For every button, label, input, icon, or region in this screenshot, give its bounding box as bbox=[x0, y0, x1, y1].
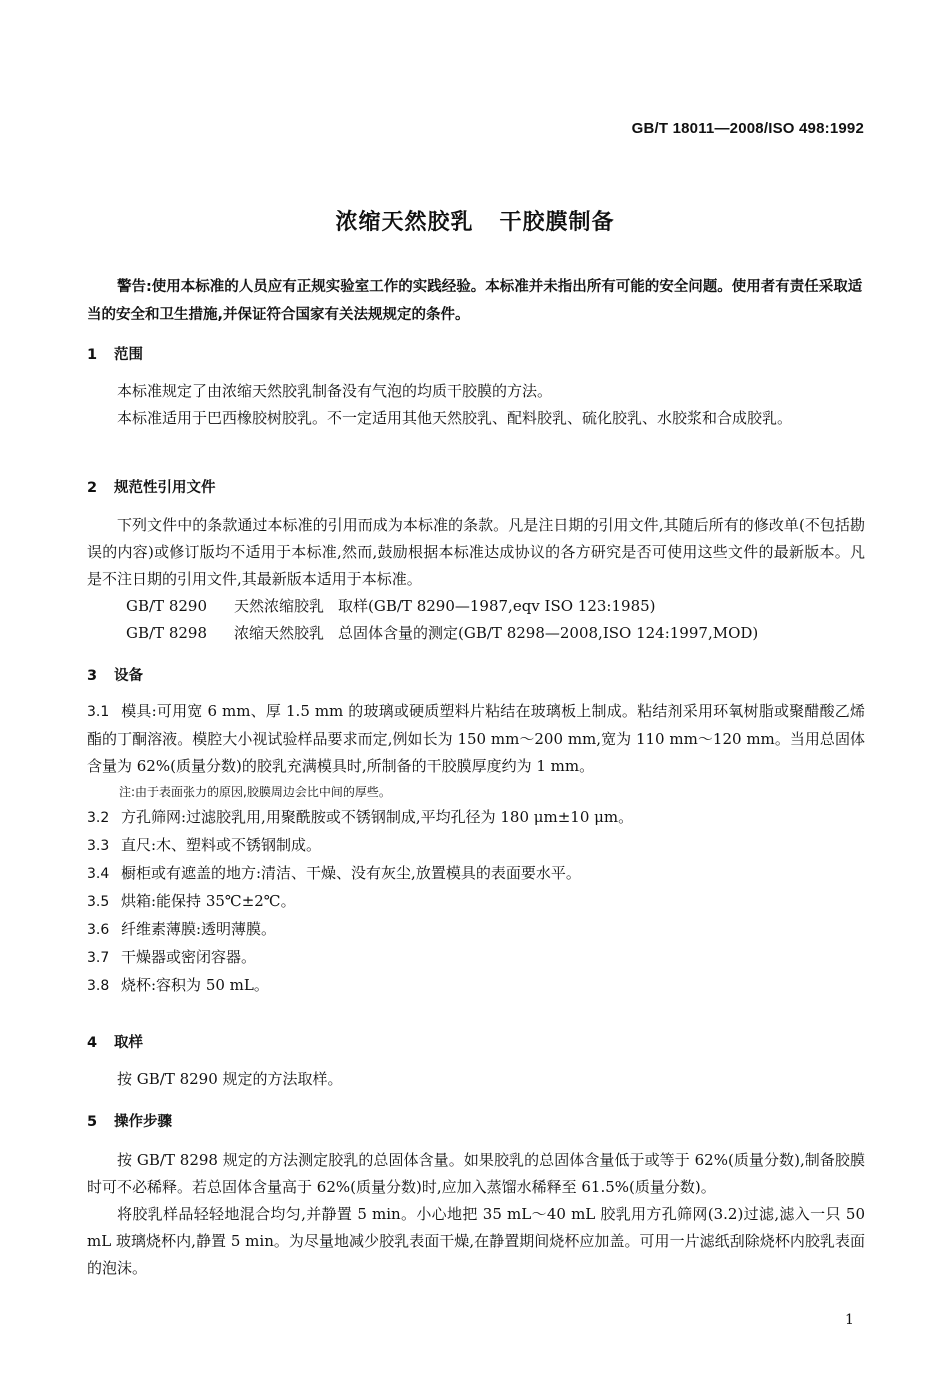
section-title: 范围 bbox=[114, 347, 143, 363]
reference-name: 浓缩天然胶乳 bbox=[234, 620, 324, 647]
item-text: 烧杯:容积为 50 mL。 bbox=[121, 976, 269, 994]
section-5-body: 按 GB/T 8298 规定的方法测定胶乳的总固体含量。如果胶乳的总固体含量低于… bbox=[87, 1147, 865, 1282]
section-2-heading: 2规范性引用文件 bbox=[87, 476, 216, 497]
paragraph: 按 GB/T 8290 规定的方法取样。 bbox=[87, 1066, 865, 1093]
equipment-item: 3.2方孔筛网:过滤胶乳用,用聚酰胺或不锈钢制成,平均孔径为 180 μm±10… bbox=[87, 804, 865, 832]
reference-item: GB/T 8298浓缩天然胶乳总固体含量的测定(GB/T 8298—2008,I… bbox=[87, 620, 865, 647]
title-part-2: 干胶膜制备 bbox=[500, 210, 615, 235]
section-5-heading: 5操作步骤 bbox=[87, 1110, 172, 1131]
item-text: 模具:可用宽 6 mm、厚 1.5 mm 的玻璃或硬质塑料片粘结在玻璃板上制成。… bbox=[87, 702, 865, 775]
reference-code: GB/T 8298 bbox=[126, 620, 234, 647]
reference-desc: 取样(GB/T 8290—1987,eqv ISO 123:1985) bbox=[338, 597, 656, 615]
section-title: 规范性引用文件 bbox=[114, 480, 216, 496]
reference-item: GB/T 8290天然浓缩胶乳取样(GB/T 8290—1987,eqv ISO… bbox=[87, 593, 865, 620]
item-number: 3.8 bbox=[87, 973, 121, 1000]
paragraph: 下列文件中的条款通过本标准的引用而成为本标准的条款。凡是注日期的引用文件,其随后… bbox=[87, 512, 865, 593]
paragraph: 将胶乳样品轻轻地混合均匀,并静置 5 min。小心地把 35 mL～40 mL … bbox=[87, 1201, 865, 1282]
section-number: 5 bbox=[87, 1114, 114, 1130]
section-number: 1 bbox=[87, 347, 114, 363]
document-page: GB/T 18011—2008/ISO 498:1992 浓缩天然胶乳干胶膜制备… bbox=[0, 0, 950, 1388]
equipment-item: 3.1模具:可用宽 6 mm、厚 1.5 mm 的玻璃或硬质塑料片粘结在玻璃板上… bbox=[87, 698, 865, 780]
note-text: 注:由于表面张力的原因,胶膜周边会比中间的厚些。 bbox=[87, 780, 865, 804]
item-number: 3.2 bbox=[87, 805, 121, 832]
title-part-1: 浓缩天然胶乳 bbox=[335, 210, 473, 235]
paragraph: 按 GB/T 8298 规定的方法测定胶乳的总固体含量。如果胶乳的总固体含量低于… bbox=[87, 1147, 865, 1201]
item-number: 3.6 bbox=[87, 917, 121, 944]
section-3-heading: 3设备 bbox=[87, 664, 143, 685]
section-4-body: 按 GB/T 8290 规定的方法取样。 bbox=[87, 1066, 865, 1093]
reference-desc: 总固体含量的测定(GB/T 8298—2008,ISO 124:1997,MOD… bbox=[338, 624, 758, 642]
equipment-item: 3.4橱柜或有遮盖的地方:清洁、干燥、没有灰尘,放置模具的表面要水平。 bbox=[87, 860, 865, 888]
item-text: 烘箱:能保持 35℃±2℃。 bbox=[121, 892, 296, 910]
section-3-body: 3.1模具:可用宽 6 mm、厚 1.5 mm 的玻璃或硬质塑料片粘结在玻璃板上… bbox=[87, 698, 865, 1000]
item-text: 直尺:木、塑料或不锈钢制成。 bbox=[121, 836, 321, 854]
warning-text: 警告:使用本标准的人员应有正规实验室工作的实践经验。本标准并未指出所有可能的安全… bbox=[87, 273, 865, 329]
item-text: 纤维素薄膜:透明薄膜。 bbox=[121, 920, 276, 938]
reference-name: 天然浓缩胶乳 bbox=[234, 593, 324, 620]
document-title: 浓缩天然胶乳干胶膜制备 bbox=[0, 205, 950, 236]
section-number: 2 bbox=[87, 480, 114, 496]
item-number: 3.4 bbox=[87, 861, 121, 888]
item-number: 3.5 bbox=[87, 889, 121, 916]
section-number: 4 bbox=[87, 1035, 114, 1051]
section-1-heading: 1范围 bbox=[87, 343, 143, 364]
section-title: 取样 bbox=[114, 1035, 143, 1051]
paragraph: 本标准规定了由浓缩天然胶乳制备没有气泡的均质干胶膜的方法。 bbox=[87, 378, 865, 405]
section-4-heading: 4取样 bbox=[87, 1031, 143, 1052]
item-number: 3.3 bbox=[87, 833, 121, 860]
equipment-item: 3.3直尺:木、塑料或不锈钢制成。 bbox=[87, 832, 865, 860]
item-text: 干燥器或密闭容器。 bbox=[121, 948, 256, 966]
reference-code: GB/T 8290 bbox=[126, 593, 234, 620]
equipment-item: 3.7干燥器或密闭容器。 bbox=[87, 944, 865, 972]
section-title: 操作步骤 bbox=[114, 1114, 172, 1130]
paragraph: 本标准适用于巴西橡胶树胶乳。不一定适用其他天然胶乳、配料胶乳、硫化胶乳、水胶浆和… bbox=[87, 405, 865, 432]
page-number: 1 bbox=[845, 1312, 854, 1328]
equipment-item: 3.5烘箱:能保持 35℃±2℃。 bbox=[87, 888, 865, 916]
equipment-item: 3.8烧杯:容积为 50 mL。 bbox=[87, 972, 865, 1000]
item-number: 3.1 bbox=[87, 699, 121, 726]
section-2-body: 下列文件中的条款通过本标准的引用而成为本标准的条款。凡是注日期的引用文件,其随后… bbox=[87, 512, 865, 647]
equipment-item: 3.6纤维素薄膜:透明薄膜。 bbox=[87, 916, 865, 944]
item-number: 3.7 bbox=[87, 945, 121, 972]
item-text: 方孔筛网:过滤胶乳用,用聚酰胺或不锈钢制成,平均孔径为 180 μm±10 μm… bbox=[121, 808, 633, 826]
section-1-body: 本标准规定了由浓缩天然胶乳制备没有气泡的均质干胶膜的方法。 本标准适用于巴西橡胶… bbox=[87, 378, 865, 432]
section-title: 设备 bbox=[114, 668, 143, 684]
item-text: 橱柜或有遮盖的地方:清洁、干燥、没有灰尘,放置模具的表面要水平。 bbox=[121, 864, 581, 882]
section-number: 3 bbox=[87, 668, 114, 684]
standard-number: GB/T 18011—2008/ISO 498:1992 bbox=[632, 120, 864, 137]
